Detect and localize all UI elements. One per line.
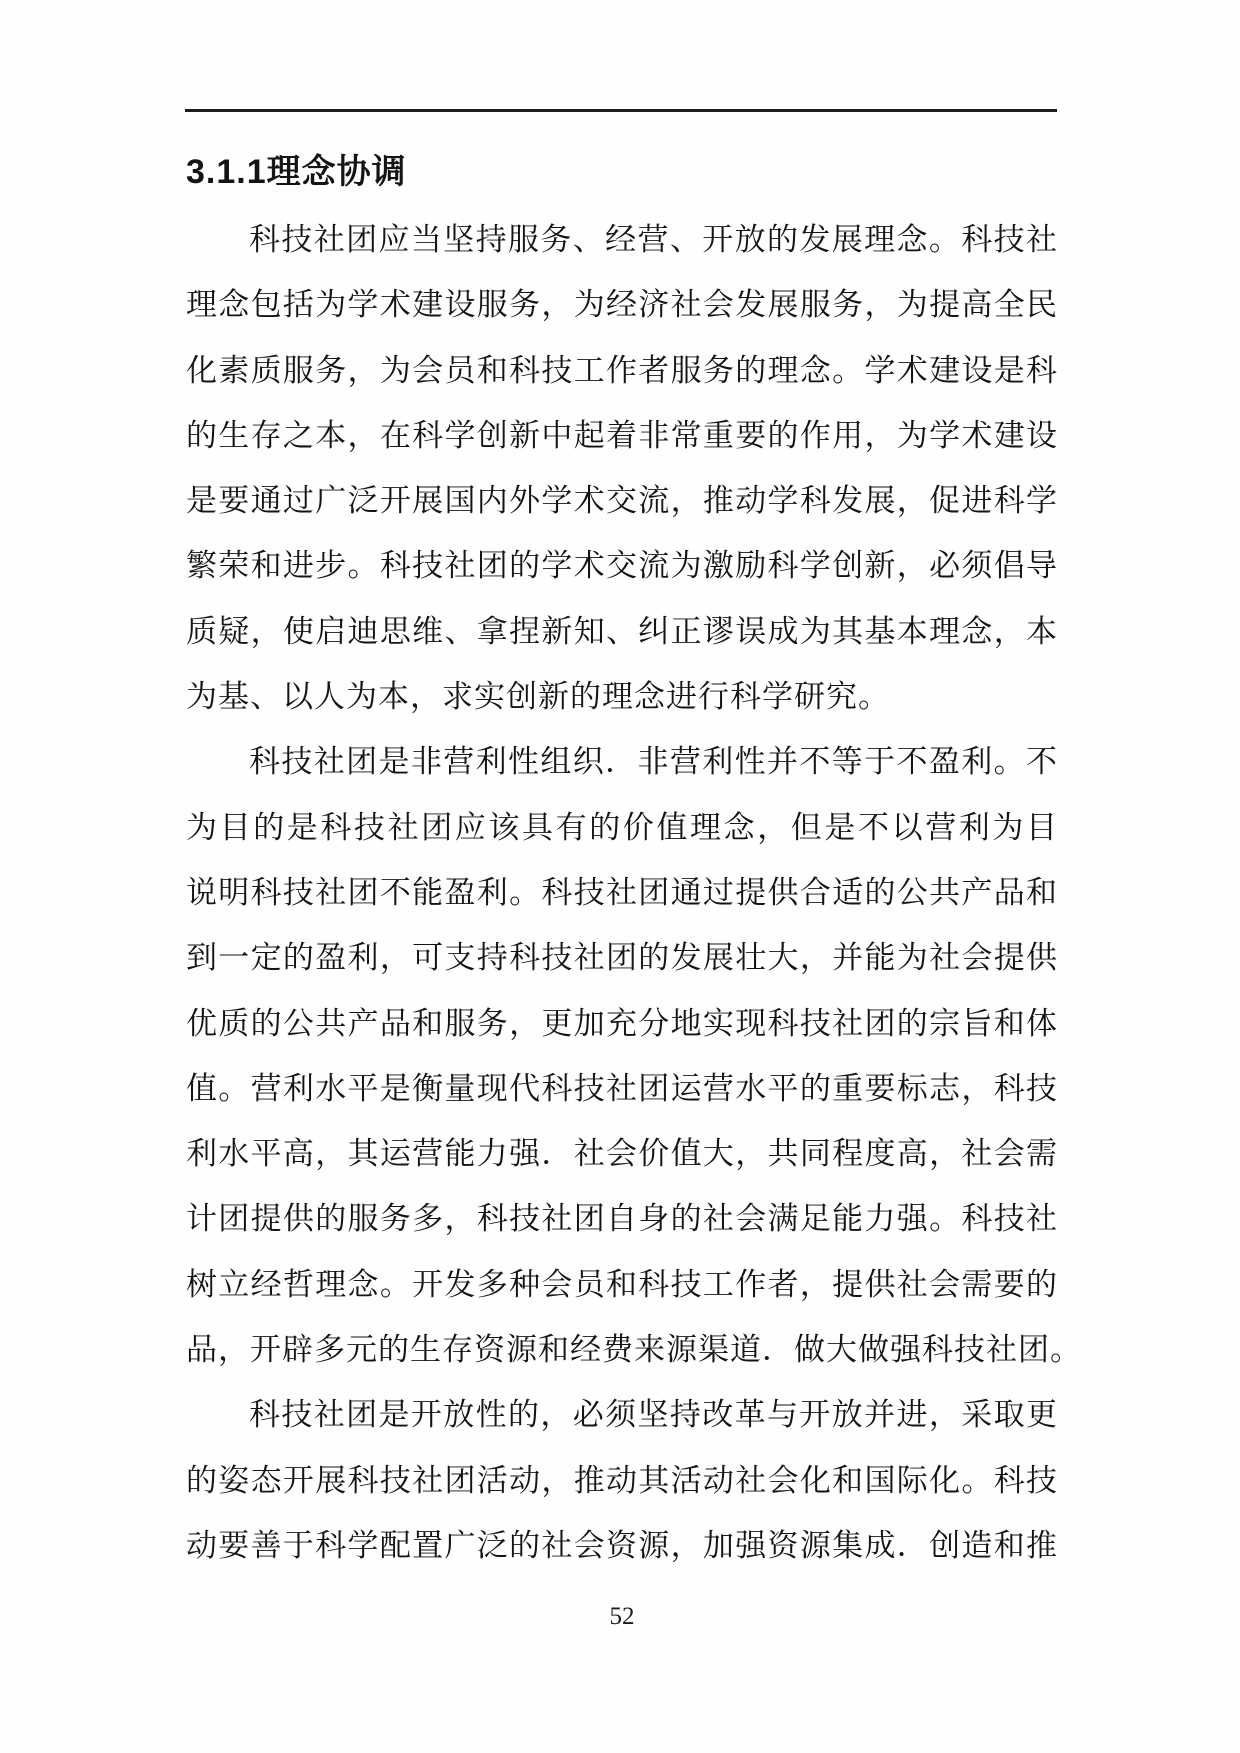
text-line: 树立经哲理念。开发多种会员和科技工作者，提供社会需要的服务产 (186, 1252, 1058, 1317)
text-line: 繁荣和进步。科技社团的学术交流为激励科学创新，必须倡导争鸣与 (186, 533, 1058, 598)
header-rule (185, 109, 1057, 112)
section-heading: 3.1.1理念协调 (186, 150, 1058, 194)
text-line: 科技社团是开放性的，必须坚持改革与开放并进，采取更加开放 (186, 1382, 1058, 1447)
text-line: 的生存之本，在科学创新中起着非常重要的作用，为学术建设服务就 (186, 403, 1058, 468)
text-line: 化素质服务，为会员和科技工作者服务的理念。学术建设是科技社团 (186, 338, 1058, 403)
text-line: 计团提供的服务多，科技社团自身的社会满足能力强。科技社团必须 (186, 1186, 1058, 1251)
text-line: 的姿态开展科技社团活动，推动其活动社会化和国际化。科技社团活 (186, 1448, 1058, 1513)
text-line: 到一定的盈利，可支持科技社团的发展壮大，并能为社会提供更多更 (186, 925, 1058, 990)
text-line: 为目的是科技社团应该具有的价值理念，但是不以营利为目的，并不 (186, 795, 1058, 860)
text-line: 科技社团是非营利性组织．非营利性并不等于不盈利。不以营利 (186, 729, 1058, 794)
text-line: 为基、以人为本，求实创新的理念进行科学研究。 (186, 664, 1058, 729)
text-line: 质疑，使启迪思维、拿捏新知、纠正谬误成为其基本理念，本着学术 (186, 599, 1058, 664)
text-line: 动要善于科学配置广泛的社会资源，加强资源集成．创造和推出“精 (186, 1513, 1058, 1578)
text-line: 理念包括为学术建设服务，为经济社会发展服务，为提高全民科学文 (186, 272, 1058, 337)
document-page: 3.1.1理念协调 科技社团应当坚持服务、经营、开放的发展理念。科技社团服务理念… (0, 0, 1240, 1753)
text-line: 是要通过广泛开展国内外学术交流，推动学科发展，促进科学技术的 (186, 468, 1058, 533)
text-line: 优质的公共产品和服务，更加充分地实现科技社团的宗旨和体现其价 (186, 991, 1058, 1056)
page-number: 52 (186, 1602, 1058, 1632)
text-line: 值。营利水平是衡量现代科技社团运营水平的重要标志，科技社团营 (186, 1056, 1058, 1121)
text-line: 说明科技社团不能盈利。科技社团通过提供合适的公共产品和服务得 (186, 860, 1058, 925)
text-line: 品，开辟多元的生存资源和经费来源渠道．做大做强科技社团。 (186, 1317, 1058, 1382)
body-text: 科技社团应当坚持服务、经营、开放的发展理念。科技社团服务理念包括为学术建设服务，… (186, 207, 1058, 1578)
text-line: 科技社团应当坚持服务、经营、开放的发展理念。科技社团服务 (186, 207, 1058, 272)
text-line: 利水平高，其运营能力强．社会价值大，共同程度高，社会需要科技 (186, 1121, 1058, 1186)
